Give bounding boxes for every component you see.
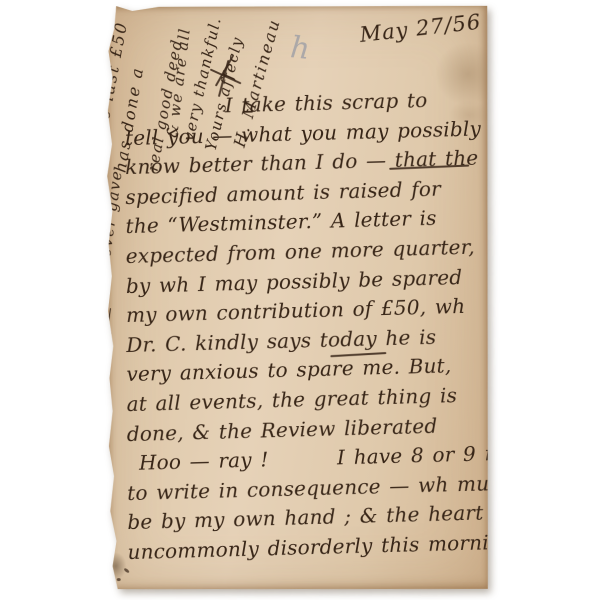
ink-speck <box>117 578 121 581</box>
photo-background: May 27/56 h I take this scrap to tell yo… <box>0 0 600 600</box>
paper-stain <box>109 552 127 580</box>
margin-line: here. — <box>92 305 119 376</box>
margin-cross-writing: must here. — Whoever gave the last £50 h… <box>104 4 487 6</box>
ink-speck <box>111 536 115 539</box>
letter-paper: May 27/56 h I take this scrap to tell yo… <box>104 4 491 591</box>
letter-body: I take this scrap to tell you — what you… <box>125 92 484 568</box>
margin-line: must <box>92 481 116 527</box>
pencil-mark: h <box>289 30 312 67</box>
paper-sheet: May 27/56 h I take this scrap to tell yo… <box>104 4 491 591</box>
margin-line: Whoever gave <box>91 169 126 296</box>
